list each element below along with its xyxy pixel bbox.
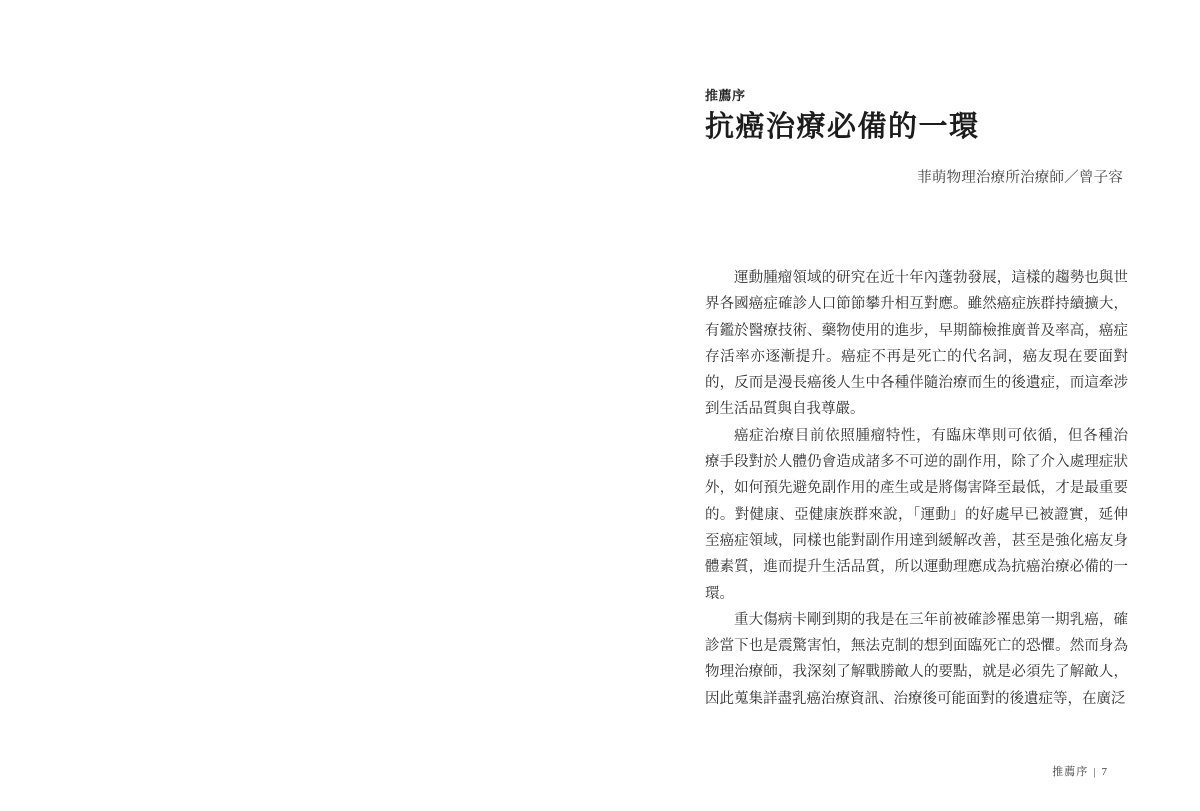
page-title: 抗癌治療必備的一環 (705, 104, 980, 145)
paragraph: 癌症治療目前依照腫瘤特性，有臨床準則可依循，但各種治療手段對於人體仍會造成諸多不… (705, 423, 1128, 607)
text-line: 運動腫瘤領域的研究在近十年內蓬勃發展，這樣的趨勢也與世 (705, 265, 1128, 291)
book-scan: { "page": { "section_label": "推薦序", "tit… (0, 0, 1200, 811)
text-line: 的，反而是漫長癌後人生中各種伴隨治療而生的後遺症，而這牽涉 (705, 370, 1128, 396)
footer-separator: | (1093, 766, 1096, 778)
text-line: 的。對健康、亞健康族群來說，「運動」的好處早已被證實，延伸 (705, 502, 1128, 528)
text-line: 體素質，進而提升生活品質，所以運動理應成為抗癌治療必備的一 (705, 554, 1128, 580)
author-byline: 菲萌物理治療所治療師／曾子容 (917, 166, 1123, 187)
text-line: 診當下也是震驚害怕，無法克制的想到面臨死亡的恐懼。然而身為 (705, 633, 1128, 659)
page-footer: 推薦序|7 (1052, 763, 1108, 779)
footer-section-label: 推薦序 (1052, 766, 1088, 778)
text-line: 癌症治療目前依照腫瘤特性，有臨床準則可依循，但各種治 (705, 423, 1128, 449)
text-line: 至癌症領域，同樣也能對副作用達到緩解改善，甚至是強化癌友身 (705, 528, 1128, 554)
text-line: 存活率亦逐漸提升。癌症不再是死亡的代名詞，癌友現在要面對 (705, 344, 1128, 370)
text-line: 物理治療師，我深刻了解戰勝敵人的要點，就是必須先了解敵人， (705, 659, 1128, 685)
paragraph: 運動腫瘤領域的研究在近十年內蓬勃發展，這樣的趨勢也與世界各國癌症確診人口節節攀升… (705, 265, 1128, 423)
book-spread-background: 推薦序 抗癌治療必備的一環 菲萌物理治療所治療師／曾子容 運動腫瘤領域的研究在近… (0, 0, 1200, 811)
text-line: 到生活品質與自我尊嚴。 (705, 396, 1128, 422)
text-line: 環。 (705, 581, 1128, 607)
text-line: 外，如何預先避免副作用的產生或是將傷害降至最低，才是最重要 (705, 475, 1128, 501)
text-line: 重大傷病卡剛到期的我是在三年前被確診罹患第一期乳癌，確 (705, 607, 1128, 633)
paragraph: 重大傷病卡剛到期的我是在三年前被確診罹患第一期乳癌，確診當下也是震驚害怕，無法克… (705, 607, 1128, 712)
footer-page-number: 7 (1102, 766, 1109, 778)
body-text: 運動腫瘤領域的研究在近十年內蓬勃發展，這樣的趨勢也與世界各國癌症確診人口節節攀升… (705, 265, 1128, 712)
text-line: 界各國癌症確診人口節節攀升相互對應。雖然癌症族群持續擴大， (705, 291, 1128, 317)
section-label: 推薦序 (705, 85, 746, 104)
text-line: 有鑑於醫療技術、藥物使用的進步，早期篩檢推廣普及率高，癌症 (705, 318, 1128, 344)
text-line: 因此蒐集詳盡乳癌治療資訊、治療後可能面對的後遺症等，在廣泛 (705, 686, 1128, 712)
text-line: 療手段對於人體仍會造成諸多不可逆的副作用，除了介入處理症狀 (705, 449, 1128, 475)
right-book-page: 推薦序 抗癌治療必備的一環 菲萌物理治療所治療師／曾子容 運動腫瘤領域的研究在近… (705, 0, 1128, 811)
